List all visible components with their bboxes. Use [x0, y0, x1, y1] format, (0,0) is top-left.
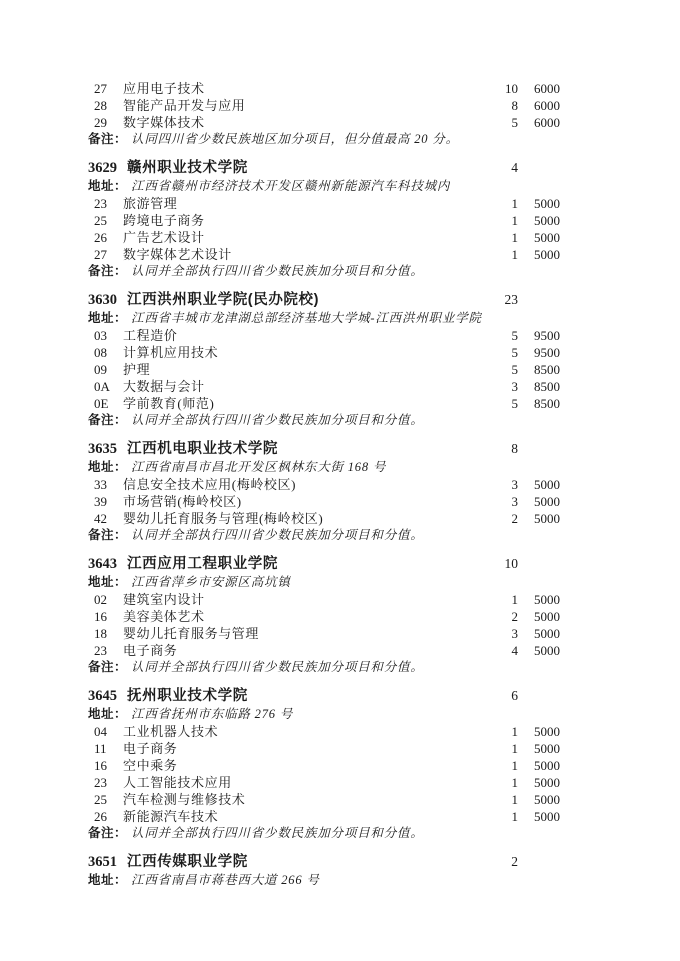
address-label: 地址： — [88, 310, 127, 327]
tuition-fee: 5000 — [518, 246, 560, 263]
major-code: 25 — [94, 212, 114, 229]
note-line: 备注： 认同并全部执行四川省少数民族加分项目和分值。 — [88, 659, 560, 676]
plan-count: 10 — [478, 80, 518, 97]
major-rows: 33 信息安全技术应用(梅岭校区) 3 5000 39 市场营销(梅岭校区) 3… — [88, 476, 560, 527]
note-label: 备注： — [88, 527, 127, 544]
major-row: 16 美容美体艺术 2 5000 — [88, 608, 560, 625]
major-name: 计算机应用技术 — [123, 344, 478, 361]
major-code: 27 — [94, 80, 114, 97]
major-row: 11 电子商务 1 5000 — [88, 740, 560, 757]
tuition-fee: 5000 — [518, 476, 560, 493]
address-text: 江西省萍乡市安源区高坑镇 — [131, 574, 291, 591]
major-name: 应用电子技术 — [123, 80, 478, 97]
major-name: 工业机器人技术 — [123, 723, 478, 740]
major-name: 美容美体艺术 — [123, 608, 478, 625]
school-section: 3643 江西应用工程职业学院 10 地址： 江西省萍乡市安源区高坑镇 02 建… — [88, 554, 560, 676]
major-row: 23 旅游管理 1 5000 — [88, 195, 560, 212]
document-page: 27 应用电子技术 10 6000 28 智能产品开发与应用 8 6000 29… — [0, 0, 680, 961]
school-plan-count: 2 — [478, 852, 518, 871]
school-code: 3635 — [88, 440, 117, 459]
major-row: 02 建筑室内设计 1 5000 — [88, 591, 560, 608]
continuation-block: 27 应用电子技术 10 6000 28 智能产品开发与应用 8 6000 29… — [88, 80, 560, 148]
major-row: 08 计算机应用技术 5 9500 — [88, 344, 560, 361]
plan-count: 5 — [478, 327, 518, 344]
major-code: 33 — [94, 476, 114, 493]
school-name: 赣州职业技术学院 — [127, 159, 478, 178]
major-name: 电子商务 — [123, 642, 478, 659]
address-line: 地址： 江西省抚州市东临路 276 号 — [88, 706, 560, 723]
plan-count: 1 — [478, 791, 518, 808]
address-label: 地址： — [88, 872, 127, 889]
plan-count: 4 — [478, 642, 518, 659]
tuition-fee: 5000 — [518, 493, 560, 510]
major-row: 0E 学前教育(师范) 5 8500 — [88, 395, 560, 412]
major-code: 0E — [94, 395, 114, 412]
school-header: 3643 江西应用工程职业学院 10 — [88, 554, 560, 574]
major-rows: 23 旅游管理 1 5000 25 跨境电子商务 1 5000 26 广告艺术设… — [88, 195, 560, 263]
major-row: 25 汽车检测与维修技术 1 5000 — [88, 791, 560, 808]
plan-count: 1 — [478, 212, 518, 229]
major-name: 汽车检测与维修技术 — [123, 791, 478, 808]
plan-count: 5 — [478, 114, 518, 131]
major-name: 新能源汽车技术 — [123, 808, 478, 825]
major-code: 27 — [94, 246, 114, 263]
major-name: 护理 — [123, 361, 478, 378]
plan-count: 2 — [478, 510, 518, 527]
major-row: 23 人工智能技术应用 1 5000 — [88, 774, 560, 791]
tuition-fee: 5000 — [518, 723, 560, 740]
tuition-fee: 5000 — [518, 642, 560, 659]
tuition-fee: 5000 — [518, 625, 560, 642]
school-code: 3643 — [88, 555, 117, 574]
major-code: 0A — [94, 378, 114, 395]
address-line: 地址： 江西省萍乡市安源区高坑镇 — [88, 574, 560, 591]
major-row: 0A 大数据与会计 3 8500 — [88, 378, 560, 395]
major-code: 16 — [94, 757, 114, 774]
note-label: 备注： — [88, 412, 127, 429]
major-code: 16 — [94, 608, 114, 625]
note-label: 备注： — [88, 263, 127, 280]
plan-count: 1 — [478, 246, 518, 263]
major-rows: 03 工程造价 5 9500 08 计算机应用技术 5 9500 09 护理 5… — [88, 327, 560, 412]
note-label: 备注： — [88, 659, 127, 676]
tuition-fee: 5000 — [518, 740, 560, 757]
school-code: 3645 — [88, 687, 117, 706]
major-name: 工程造价 — [123, 327, 478, 344]
school-plan-count: 10 — [478, 554, 518, 573]
plan-count: 1 — [478, 757, 518, 774]
major-code: 02 — [94, 591, 114, 608]
plan-count: 3 — [478, 378, 518, 395]
note-line: 备注： 认同并全部执行四川省少数民族加分项目和分值。 — [88, 412, 560, 429]
tuition-fee: 6000 — [518, 114, 560, 131]
address-label: 地址： — [88, 706, 127, 723]
major-code: 29 — [94, 114, 114, 131]
major-row: 29 数字媒体技术 5 6000 — [88, 114, 560, 131]
tuition-fee: 5000 — [518, 229, 560, 246]
tuition-fee: 9500 — [518, 344, 560, 361]
note-line: 备注： 认同并全部执行四川省少数民族加分项目和分值。 — [88, 527, 560, 544]
major-name: 信息安全技术应用(梅岭校区) — [123, 476, 478, 493]
school-plan-count: 4 — [478, 158, 518, 177]
tuition-fee: 8500 — [518, 378, 560, 395]
major-code: 26 — [94, 808, 114, 825]
tuition-fee: 6000 — [518, 80, 560, 97]
note-line: 备注： 认同四川省少数民族地区加分项目，但分值最高 20 分。 — [88, 131, 560, 148]
school-code: 3629 — [88, 159, 117, 178]
tuition-fee: 5000 — [518, 757, 560, 774]
major-code: 39 — [94, 493, 114, 510]
tuition-fee: 5000 — [518, 212, 560, 229]
major-name: 学前教育(师范) — [123, 395, 478, 412]
major-row: 33 信息安全技术应用(梅岭校区) 3 5000 — [88, 476, 560, 493]
school-header: 3635 江西机电职业技术学院 8 — [88, 439, 560, 459]
major-row: 39 市场营销(梅岭校区) 3 5000 — [88, 493, 560, 510]
tuition-fee: 5000 — [518, 608, 560, 625]
major-code: 09 — [94, 361, 114, 378]
major-code: 25 — [94, 791, 114, 808]
school-name: 江西洪州职业学院(民办院校) — [127, 291, 478, 310]
note-line: 备注： 认同并全部执行四川省少数民族加分项目和分值。 — [88, 825, 560, 842]
major-name: 人工智能技术应用 — [123, 774, 478, 791]
note-label: 备注： — [88, 825, 127, 842]
plan-count: 3 — [478, 493, 518, 510]
school-section: 3635 江西机电职业技术学院 8 地址： 江西省南昌市昌北开发区枫林东大街 1… — [88, 439, 560, 544]
major-code: 03 — [94, 327, 114, 344]
address-label: 地址： — [88, 459, 127, 476]
plan-count: 1 — [478, 740, 518, 757]
plan-count: 8 — [478, 97, 518, 114]
tuition-fee: 5000 — [518, 791, 560, 808]
school-plan-count: 23 — [478, 290, 518, 309]
tuition-fee: 8500 — [518, 361, 560, 378]
tuition-fee: 5000 — [518, 510, 560, 527]
major-row: 42 婴幼儿托育服务与管理(梅岭校区) 2 5000 — [88, 510, 560, 527]
plan-count: 1 — [478, 723, 518, 740]
major-name: 大数据与会计 — [123, 378, 478, 395]
major-code: 42 — [94, 510, 114, 527]
address-text: 江西省赣州市经济技术开发区赣州新能源汽车科技城内 — [131, 178, 450, 195]
school-section: 3630 江西洪州职业学院(民办院校) 23 地址： 江西省丰城市龙津湖总部经济… — [88, 290, 560, 429]
note-text: 认同并全部执行四川省少数民族加分项目和分值。 — [131, 825, 424, 842]
school-section: 3645 抚州职业技术学院 6 地址： 江西省抚州市东临路 276 号 04 工… — [88, 686, 560, 842]
note-line: 备注： 认同并全部执行四川省少数民族加分项目和分值。 — [88, 263, 560, 280]
school-name: 江西机电职业技术学院 — [127, 440, 478, 459]
major-name: 市场营销(梅岭校区) — [123, 493, 478, 510]
tuition-fee: 5000 — [518, 195, 560, 212]
major-row: 18 婴幼儿托育服务与管理 3 5000 — [88, 625, 560, 642]
major-rows: 27 应用电子技术 10 6000 28 智能产品开发与应用 8 6000 29… — [88, 80, 560, 131]
major-name: 广告艺术设计 — [123, 229, 478, 246]
school-header: 3651 江西传媒职业学院 2 — [88, 852, 560, 872]
plan-count: 5 — [478, 361, 518, 378]
major-row: 28 智能产品开发与应用 8 6000 — [88, 97, 560, 114]
school-code: 3630 — [88, 291, 117, 310]
major-rows: 04 工业机器人技术 1 5000 11 电子商务 1 5000 16 空中乘务… — [88, 723, 560, 825]
plan-count: 1 — [478, 808, 518, 825]
major-row: 26 广告艺术设计 1 5000 — [88, 229, 560, 246]
tuition-fee: 8500 — [518, 395, 560, 412]
plan-count: 3 — [478, 476, 518, 493]
note-text: 认同四川省少数民族地区加分项目，但分值最高 20 分。 — [131, 131, 459, 148]
school-header: 3630 江西洪州职业学院(民办院校) 23 — [88, 290, 560, 310]
major-code: 28 — [94, 97, 114, 114]
address-text: 江西省南昌市昌北开发区枫林东大街 168 号 — [131, 459, 386, 476]
major-code: 23 — [94, 642, 114, 659]
major-name: 数字媒体技术 — [123, 114, 478, 131]
tuition-fee: 9500 — [518, 327, 560, 344]
major-code: 23 — [94, 195, 114, 212]
address-text: 江西省南昌市蒋巷西大道 266 号 — [131, 872, 320, 889]
major-code: 08 — [94, 344, 114, 361]
major-name: 婴幼儿托育服务与管理(梅岭校区) — [123, 510, 478, 527]
school-section: 3651 江西传媒职业学院 2 地址： 江西省南昌市蒋巷西大道 266 号 — [88, 852, 560, 889]
plan-count: 5 — [478, 344, 518, 361]
tuition-fee: 5000 — [518, 591, 560, 608]
major-name: 建筑室内设计 — [123, 591, 478, 608]
school-header: 3645 抚州职业技术学院 6 — [88, 686, 560, 706]
sections-container: 3629 赣州职业技术学院 4 地址： 江西省赣州市经济技术开发区赣州新能源汽车… — [88, 158, 560, 889]
address-label: 地址： — [88, 178, 127, 195]
major-row: 26 新能源汽车技术 1 5000 — [88, 808, 560, 825]
plan-count: 5 — [478, 395, 518, 412]
major-name: 跨境电子商务 — [123, 212, 478, 229]
plan-count: 2 — [478, 608, 518, 625]
note-label: 备注： — [88, 131, 127, 148]
note-text: 认同并全部执行四川省少数民族加分项目和分值。 — [131, 412, 424, 429]
school-plan-count: 6 — [478, 686, 518, 705]
major-row: 03 工程造价 5 9500 — [88, 327, 560, 344]
tuition-fee: 5000 — [518, 774, 560, 791]
major-row: 25 跨境电子商务 1 5000 — [88, 212, 560, 229]
major-name: 数字媒体艺术设计 — [123, 246, 478, 263]
major-code: 23 — [94, 774, 114, 791]
plan-count: 1 — [478, 229, 518, 246]
address-line: 地址： 江西省南昌市昌北开发区枫林东大街 168 号 — [88, 459, 560, 476]
note-text: 认同并全部执行四川省少数民族加分项目和分值。 — [131, 659, 424, 676]
document-content: 27 应用电子技术 10 6000 28 智能产品开发与应用 8 6000 29… — [88, 80, 560, 889]
plan-count: 1 — [478, 195, 518, 212]
major-row: 27 应用电子技术 10 6000 — [88, 80, 560, 97]
major-code: 11 — [94, 740, 114, 757]
major-row: 16 空中乘务 1 5000 — [88, 757, 560, 774]
school-code: 3651 — [88, 853, 117, 872]
major-row: 09 护理 5 8500 — [88, 361, 560, 378]
major-rows: 02 建筑室内设计 1 5000 16 美容美体艺术 2 5000 18 婴幼儿… — [88, 591, 560, 659]
plan-count: 1 — [478, 591, 518, 608]
school-name: 江西应用工程职业学院 — [127, 555, 478, 574]
tuition-fee: 5000 — [518, 808, 560, 825]
major-name: 婴幼儿托育服务与管理 — [123, 625, 478, 642]
plan-count: 1 — [478, 774, 518, 791]
address-line: 地址： 江西省赣州市经济技术开发区赣州新能源汽车科技城内 — [88, 178, 560, 195]
plan-count: 3 — [478, 625, 518, 642]
address-line: 地址： 江西省丰城市龙津湖总部经济基地大学城-江西洪州职业学院 — [88, 310, 560, 327]
major-name: 电子商务 — [123, 740, 478, 757]
tuition-fee: 6000 — [518, 97, 560, 114]
address-label: 地址： — [88, 574, 127, 591]
school-name: 江西传媒职业学院 — [127, 853, 478, 872]
major-name: 空中乘务 — [123, 757, 478, 774]
address-text: 江西省抚州市东临路 276 号 — [131, 706, 293, 723]
note-text: 认同并全部执行四川省少数民族加分项目和分值。 — [131, 263, 424, 280]
major-row: 23 电子商务 4 5000 — [88, 642, 560, 659]
address-text: 江西省丰城市龙津湖总部经济基地大学城-江西洪州职业学院 — [131, 310, 482, 327]
school-header: 3629 赣州职业技术学院 4 — [88, 158, 560, 178]
major-row: 04 工业机器人技术 1 5000 — [88, 723, 560, 740]
major-name: 旅游管理 — [123, 195, 478, 212]
major-code: 26 — [94, 229, 114, 246]
note-text: 认同并全部执行四川省少数民族加分项目和分值。 — [131, 527, 424, 544]
school-section: 3629 赣州职业技术学院 4 地址： 江西省赣州市经济技术开发区赣州新能源汽车… — [88, 158, 560, 280]
major-code: 04 — [94, 723, 114, 740]
major-row: 27 数字媒体艺术设计 1 5000 — [88, 246, 560, 263]
major-code: 18 — [94, 625, 114, 642]
address-line: 地址： 江西省南昌市蒋巷西大道 266 号 — [88, 872, 560, 889]
major-name: 智能产品开发与应用 — [123, 97, 478, 114]
school-plan-count: 8 — [478, 439, 518, 458]
school-name: 抚州职业技术学院 — [127, 687, 478, 706]
